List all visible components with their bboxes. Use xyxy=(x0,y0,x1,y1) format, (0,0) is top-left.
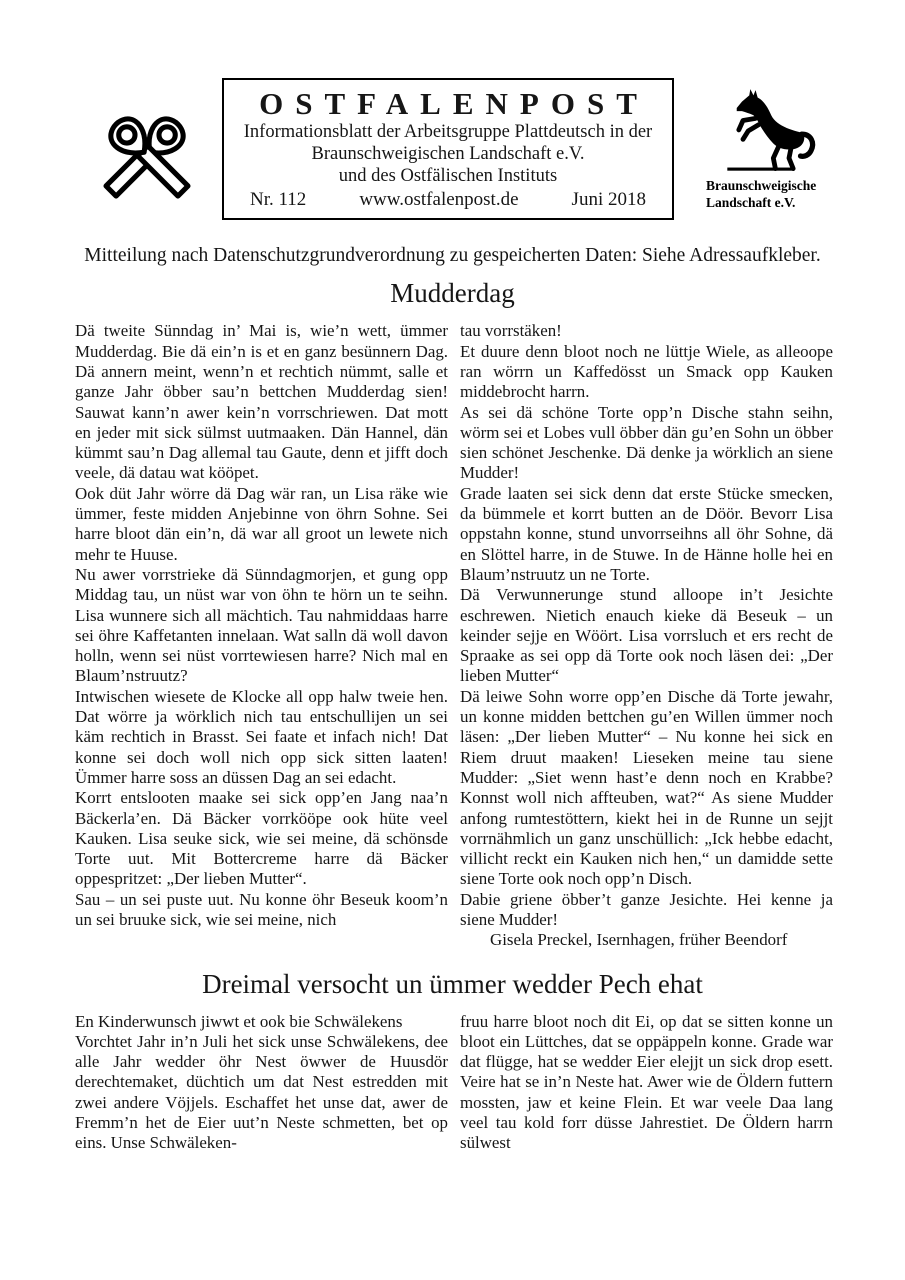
masthead-meta-row: Nr. 112 www.ostfalenpost.de Juni 2018 xyxy=(224,189,672,211)
masthead-box: OSTFALENPOST Informationsblatt der Arbei… xyxy=(222,78,674,220)
author-signature: Gisela Preckel, Isernhagen, früher Beend… xyxy=(460,930,833,950)
column-paragraphs: tau vorrstäken!Et duure denn bloot noch … xyxy=(460,321,833,930)
paragraph: fruu harre bloot noch dit Ei, op dat se … xyxy=(460,1012,833,1154)
masthead-subtitle-line: Informationsblatt der Arbeitsgruppe Plat… xyxy=(224,122,672,144)
logo-caption-line: Braunschweigische xyxy=(706,178,836,195)
article-dreimal: En Kinderwunsch jiwwt et ook bie Schwäle… xyxy=(0,1012,905,1154)
website-url: www.ostfalenpost.de xyxy=(359,189,518,211)
paragraph: Sau – un sei puste uut. Nu konne öhr Bes… xyxy=(75,890,448,931)
paragraph: Korrt entslooten maake sei sick opp’en J… xyxy=(75,788,448,889)
masthead-subtitle-line: und des Ostfälischen Instituts xyxy=(224,166,672,188)
crossed-horse-heads-icon xyxy=(86,90,208,212)
logo-caption: BraunschweigischeLandschaft e.V. xyxy=(706,178,836,211)
newsletter-title: OSTFALENPOST xyxy=(236,86,672,122)
paragraph: Dabie griene öbber’t ganze Jesichte. Hei… xyxy=(460,890,833,931)
masthead-subtitle: Informationsblatt der Arbeitsgruppe Plat… xyxy=(224,122,672,187)
braunschweigische-landschaft-logo: BraunschweigischeLandschaft e.V. xyxy=(706,86,836,211)
crossed-horse-heads-logo xyxy=(86,90,208,212)
article-column-right: fruu harre bloot noch dit Ei, op dat se … xyxy=(460,1012,833,1154)
paragraph: Dä Verwunnerunge stund alloope in’t Jesi… xyxy=(460,585,833,686)
masthead-subtitle-line: Braunschweigischen Landschaft e.V. xyxy=(224,144,672,166)
paragraph: Dä leiwe Sohn worre opp’en Dische dä Tor… xyxy=(460,687,833,890)
article-title-mudderdag: Mudderdag xyxy=(0,277,905,309)
paragraph: Intwischen wiesete de Klocke all opp hal… xyxy=(75,687,448,788)
issue-date: Juni 2018 xyxy=(572,189,646,211)
article-title-dreimal: Dreimal versocht un ümmer wedder Pech eh… xyxy=(0,968,905,1000)
paragraph: As sei dä schöne Torte opp’n Dische stah… xyxy=(460,403,833,484)
newsletter-page: OSTFALENPOST Informationsblatt der Arbei… xyxy=(0,0,905,1280)
paragraph: Ook düt Jahr wörre dä Dag wär ran, un Li… xyxy=(75,484,448,565)
issue-number: Nr. 112 xyxy=(250,189,306,211)
article-column-right: tau vorrstäken!Et duure denn bloot noch … xyxy=(460,321,833,950)
privacy-notice: Mitteilung nach Datenschutzgrundverordnu… xyxy=(0,245,905,267)
paragraph: Nu awer vorrstrieke dä Sünndagmorjen, et… xyxy=(75,565,448,687)
paragraph: Grade laaten sei sick denn dat erste Stü… xyxy=(460,484,833,585)
saxon-steed-horse-icon xyxy=(710,86,822,178)
paragraph: Et duure denn bloot noch ne lüttje Wiele… xyxy=(460,342,833,403)
logo-caption-line: Landschaft e.V. xyxy=(706,195,836,212)
paragraph: En Kinderwunsch jiwwt et ook bie Schwäle… xyxy=(75,1012,448,1032)
article-mudderdag: Dä tweite Sünndag in’ Mai is, wie’n wett… xyxy=(0,321,905,950)
paragraph: Dä tweite Sünndag in’ Mai is, wie’n wett… xyxy=(75,321,448,483)
masthead: OSTFALENPOST Informationsblatt der Arbei… xyxy=(0,0,905,220)
article-column-left: En Kinderwunsch jiwwt et ook bie Schwäle… xyxy=(75,1012,448,1154)
article-column-left: Dä tweite Sünndag in’ Mai is, wie’n wett… xyxy=(75,321,448,950)
paragraph: tau vorrstäken! xyxy=(460,321,833,341)
paragraph: Vorchtet Jahr in’n Juli het sick unse Sc… xyxy=(75,1032,448,1154)
